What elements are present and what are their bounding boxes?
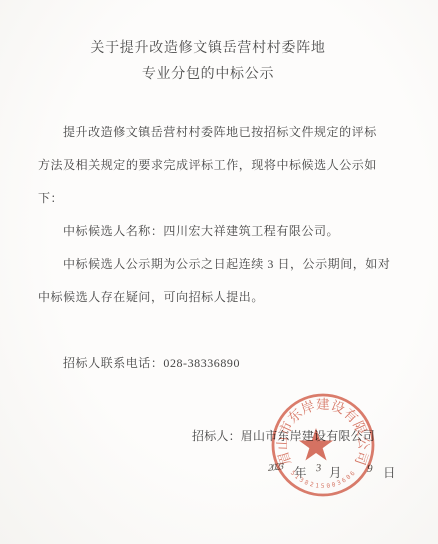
title-line-1: 关于提升改造修文镇岳营村村委阵地 [38, 36, 378, 62]
handwritten-day: 9 [367, 463, 373, 475]
body-line: 中标候选人存在疑问，可向招标人提出。 [38, 281, 378, 314]
date-line: 2023 年 3 月 9 日 [0, 463, 438, 481]
handwritten-month: 3 [316, 463, 322, 474]
contact-line: 招标人联系电话：028-38336890 [38, 347, 378, 380]
date-day-unit: 日 [383, 463, 396, 481]
company-seal: 眉山市东岸建设有限公司 5138215003606 [269, 391, 377, 499]
body-line: 方法及相关规定的要求完成评标工作，现将中标候选人公示如 [38, 149, 378, 182]
document-body: 提升改造修文镇岳营村村委阵地已按招标文件规定的评标 方法及相关规定的要求完成评标… [38, 116, 378, 380]
scanned-document-page: 关于提升改造修文镇岳营村村委阵地 专业分包的中标公示 提升改造修文镇岳营村村委阵… [0, 0, 438, 544]
body-line: 下： [38, 182, 378, 215]
date-month-unit: 月 [329, 463, 342, 481]
body-line: 提升改造修文镇岳营村村委阵地已按招标文件规定的评标 [38, 116, 378, 149]
signature-line: 招标人：眉山市东岸建设有限公司 [192, 429, 375, 444]
blank-line [38, 314, 378, 347]
body-line: 中标候选人公示期为公示之日起连续 3 日，公示期间，如对 [38, 248, 378, 281]
body-line: 中标候选人名称：四川宏大祥建筑工程有限公司。 [38, 215, 378, 248]
company-seal-graphic: 眉山市东岸建设有限公司 5138215003606 [269, 391, 377, 499]
handwritten-year: 2023 [268, 462, 283, 474]
document-title: 关于提升改造修文镇岳营村村委阵地 专业分包的中标公示 [38, 36, 378, 88]
title-line-2: 专业分包的中标公示 [38, 62, 378, 88]
document-content: 关于提升改造修文镇岳营村村委阵地 专业分包的中标公示 提升改造修文镇岳营村村委阵… [38, 0, 378, 380]
date-year-unit: 年 [294, 463, 307, 481]
